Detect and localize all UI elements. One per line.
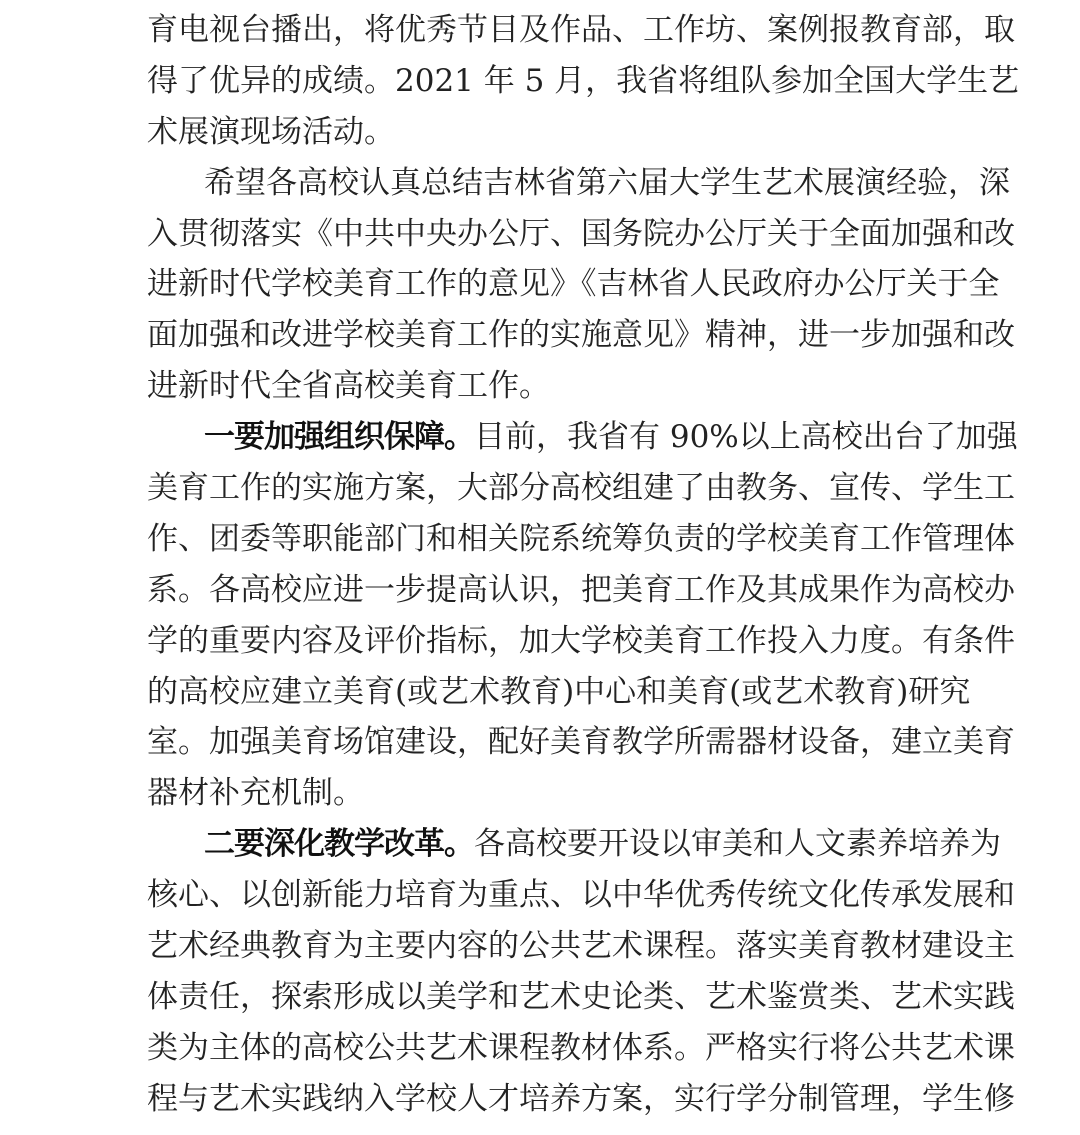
- text-run: 各高校要开设以审美和人文素养培养为: [474, 826, 1001, 862]
- text-line: 系。各高校应进一步提高认识，把美育工作及其成果作为高校办: [147, 565, 947, 616]
- section-heading: 一要加强组织保障。: [204, 419, 474, 455]
- text-line: 二要深化教学改革。各高校要开设以审美和人文素养培养为: [147, 819, 947, 870]
- text-line: 艺术经典教育为主要内容的公共艺术课程。落实美育教材建设主: [147, 921, 947, 972]
- paragraph-hope: 希望各高校认真总结吉林省第六届大学生艺术展演经验，深 入贯彻落实《中共中央办公厅…: [147, 158, 947, 412]
- text-line: 育电视台播出，将优秀节目及作品、工作坊、案例报教育部，取: [147, 5, 947, 56]
- text-line: 美育工作的实施方案，大部分高校组建了由教务、宣传、学生工: [147, 463, 947, 514]
- text-line: 术展演现场活动。: [147, 107, 947, 158]
- paragraph-organization: 一要加强组织保障。目前，我省有 90%以上高校出台了加强 美育工作的实施方案，大…: [147, 412, 947, 819]
- text-line: 室。加强美育场馆建设，配好美育教学所需器材设备，建立美育: [147, 717, 947, 768]
- text-run: 目前，我省有 90%以上高校出台了加强: [474, 419, 1018, 455]
- text-line: 器材补充机制。: [147, 768, 947, 819]
- text-line: 一要加强组织保障。目前，我省有 90%以上高校出台了加强: [147, 412, 947, 463]
- paragraph-teaching-reform: 二要深化教学改革。各高校要开设以审美和人文素养培养为 核心、以创新能力培育为重点…: [147, 819, 947, 1124]
- paragraph-continuation: 育电视台播出，将优秀节目及作品、工作坊、案例报教育部，取 得了优异的成绩。202…: [147, 5, 947, 158]
- text-line: 体责任，探索形成以美学和艺术史论类、艺术鉴赏类、艺术实践: [147, 972, 947, 1023]
- section-heading: 二要深化教学改革。: [204, 826, 474, 862]
- text-line: 学的重要内容及评价指标，加大学校美育工作投入力度。有条件: [147, 616, 947, 667]
- text-line: 希望各高校认真总结吉林省第六届大学生艺术展演经验，深: [147, 158, 947, 209]
- text-line: 得了优异的成绩。2021 年 5 月，我省将组队参加全国大学生艺: [147, 56, 947, 107]
- text-line: 进新时代全省高校美育工作。: [147, 361, 947, 412]
- text-line: 的高校应建立美育(或艺术教育)中心和美育(或艺术教育)研究: [147, 667, 947, 718]
- text-line: 入贯彻落实《中共中央办公厅、国务院办公厅关于全面加强和改: [147, 209, 947, 260]
- document-page: 育电视台播出，将优秀节目及作品、工作坊、案例报教育部，取 得了优异的成绩。202…: [147, 5, 947, 1125]
- text-line: 类为主体的高校公共艺术课程教材体系。严格实行将公共艺术课: [147, 1023, 947, 1074]
- text-line: 面加强和改进学校美育工作的实施意见》精神，进一步加强和改: [147, 310, 947, 361]
- text-line: 核心、以创新能力培育为重点、以中华优秀传统文化传承发展和: [147, 870, 947, 921]
- text-line: 进新时代学校美育工作的意见》《吉林省人民政府办公厅关于全: [147, 259, 947, 310]
- text-line: 程与艺术实践纳入学校人才培养方案，实行学分制管理，学生修: [147, 1074, 947, 1125]
- text-line: 作、团委等职能部门和相关院系统筹负责的学校美育工作管理体: [147, 514, 947, 565]
